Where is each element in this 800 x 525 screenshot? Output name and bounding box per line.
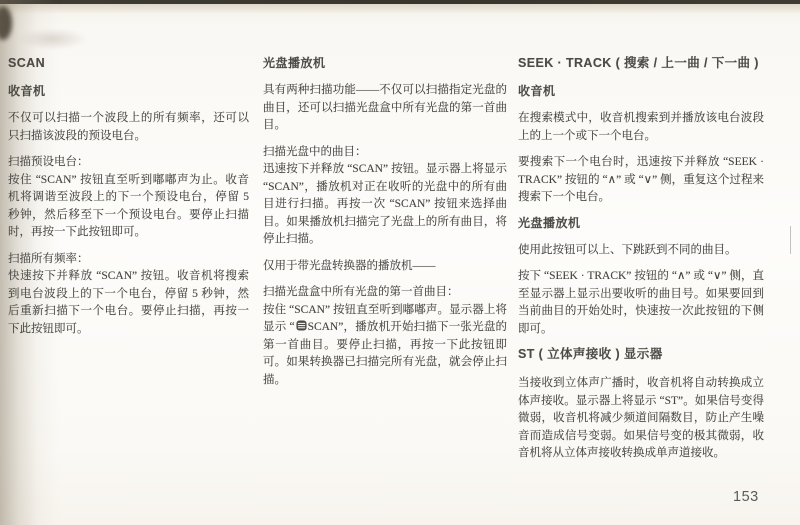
procedure-label-cd-discs: 扫描光盘盒中所有光盘的第一首曲目： [263, 284, 507, 302]
paragraph-cd-discs: 扫描光盘盒中所有光盘的第一首曲目：按住 “SCAN” 按钮直至听到嘟嘟声。显示器… [263, 284, 507, 389]
manual-page: SCAN 收音机 不仅可以扫描一个波段上的所有频率，还可以只扫描该波段的预设电台… [0, 0, 800, 525]
column-scan-radio: SCAN 收音机 不仅可以扫描一个波段上的所有频率，还可以只扫描该波段的预设电台… [8, 56, 249, 347]
paragraph-cd-intro: 具有两种扫描功能——不仅可以扫描指定光盘的曲目，还可以扫描光盘盒中所有光盘的第一… [263, 82, 507, 135]
paragraph-seek-cd-1: 使用此按钮可以上、下跳跃到不同的曲目。 [518, 242, 764, 260]
page-number: 153 [733, 489, 759, 505]
subheading-radio: 收音机 [8, 84, 249, 98]
procedure-text-preset: 按住 “SCAN” 按钮直至听到嘟嘟声为止。收音机将调谐至波段上的下一个预设电台… [8, 174, 249, 239]
section-heading-st-indicator: ST ( 立体声接收 ) 显示器 [518, 347, 764, 362]
section-heading-scan: SCAN [8, 56, 249, 71]
procedure-label-cd-tracks: 扫描光盘中的曲目： [263, 144, 507, 162]
paragraph-scan-intro: 不仅可以扫描一个波段上的所有频率，还可以只扫描该波段的预设电台。 [8, 110, 249, 145]
column-seek-track: SEEK · TRACK ( 搜索 / 上一曲 / 下一曲 ) 收音机 在搜索模… [518, 56, 764, 472]
paragraph-seek-radio-1: 在搜索模式中，收音机搜索到并播放该电台波段上的上一个或下一个电台。 [518, 110, 764, 145]
column-scan-cd: 光盘播放机 具有两种扫描功能——不仅可以扫描指定光盘的曲目，还可以扫描光盘盒中所… [263, 56, 507, 398]
paragraph-cd-tracks: 扫描光盘中的曲目：迅速按下并释放 “SCAN” 按钮。显示器上将显示 “SCAN… [263, 144, 507, 249]
paragraph-seek-cd-2: 按下 “SEEK · TRACK” 按钮的 “∧” 或 “∨” 侧，直至显示器上… [518, 268, 764, 338]
subheading-seek-radio: 收音机 [518, 84, 764, 98]
procedure-text-all-freq: 快速按下并释放 “SCAN” 按钮。收音机将搜索到电台波段上的下一个电台，停留 … [8, 270, 249, 335]
paragraph-scan-all-freq: 扫描所有频率：快速按下并释放 “SCAN” 按钮。收音机将搜索到电台波段上的下一… [8, 251, 249, 339]
disc-stack-icon [296, 320, 307, 331]
scan-artifact-line [790, 226, 791, 254]
paragraph-st-body: 当接收到立体声广播时，收音机将自动转换成立体声接收。显示器上将显示 “ST”。如… [518, 375, 764, 463]
paragraph-scan-preset: 扫描预设电台：按住 “SCAN” 按钮直至听到嘟嘟声为止。收音机将调谐至波段上的… [8, 154, 249, 242]
paragraph-seek-radio-2: 要搜索下一个电台时，迅速按下并释放 “SEEK · TRACK” 按钮的 “∧”… [518, 154, 764, 207]
procedure-label-preset: 扫描预设电台： [8, 154, 249, 172]
procedure-label-all-freq: 扫描所有频率： [8, 251, 249, 269]
scan-smudge [18, 28, 88, 50]
subheading-seek-cd: 光盘播放机 [518, 216, 764, 230]
section-heading-seek-track: SEEK · TRACK ( 搜索 / 上一曲 / 下一曲 ) [518, 56, 764, 71]
procedure-text-cd-tracks: 迅速按下并释放 “SCAN” 按钮。显示器上将显示 “SCAN”，播放机对正在收… [263, 163, 507, 245]
note-changer-only: 仅用于带光盘转换器的播放机—— [263, 258, 507, 276]
subheading-cd-player: 光盘播放机 [263, 56, 507, 70]
scan-edge-top-fade [0, 4, 800, 14]
